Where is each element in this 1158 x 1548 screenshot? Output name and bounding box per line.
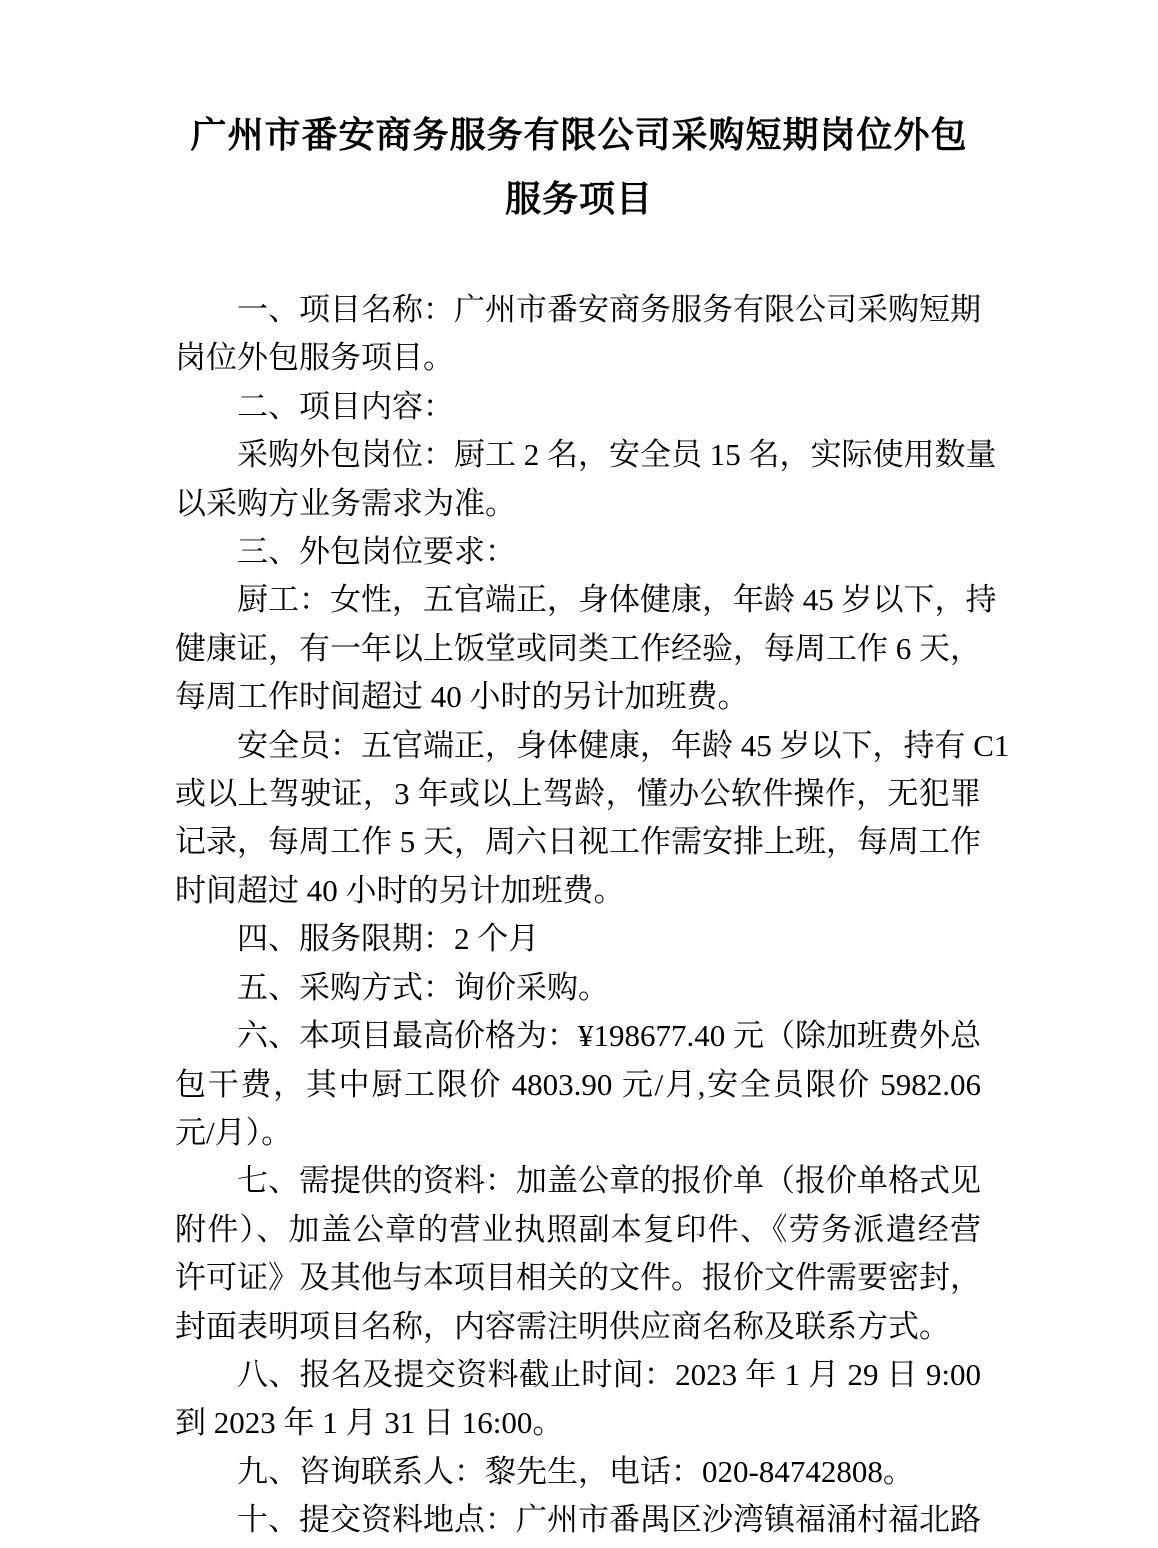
text-line: 岗位外包服务项目。 bbox=[175, 334, 981, 382]
text-line: 元/月）。 bbox=[175, 1109, 981, 1157]
text-line: 二、项目内容： bbox=[175, 383, 981, 431]
text-line: 以采购方业务需求为准。 bbox=[175, 480, 981, 528]
paragraph: 九、咨询联系人：黎先生，电话：020-84742808。 bbox=[175, 1448, 981, 1496]
paragraph: 十、提交资料地点：广州市番禺区沙湾镇福涌村福北路 bbox=[175, 1496, 981, 1544]
paragraph: 八、报名及提交资料截止时间：2023 年 1 月 29 日 9:00到 2023… bbox=[175, 1351, 981, 1448]
text-line: 九、咨询联系人：黎先生，电话：020-84742808。 bbox=[175, 1448, 981, 1496]
text-line: 八、报名及提交资料截止时间：2023 年 1 月 29 日 9:00 bbox=[175, 1351, 981, 1399]
document-title: 广州市番安商务服务有限公司采购短期岗位外包 服务项目 bbox=[0, 0, 1158, 231]
document-page: 广州市番安商务服务有限公司采购短期岗位外包 服务项目 一、项目名称：广州市番安商… bbox=[0, 0, 1158, 1548]
paragraph: 一、项目名称：广州市番安商务服务有限公司采购短期岗位外包服务项目。 bbox=[175, 286, 981, 383]
paragraph: 厨工：女性，五官端正，身体健康，年龄 45 岁以下，持健康证，有一年以上饭堂或同… bbox=[175, 576, 981, 721]
text-line: 五、采购方式：询价采购。 bbox=[175, 964, 981, 1012]
text-line: 七、需提供的资料：加盖公章的报价单（报价单格式见 bbox=[175, 1157, 981, 1205]
paragraph: 采购外包岗位：厨工 2 名，安全员 15 名，实际使用数量以采购方业务需求为准。 bbox=[175, 431, 981, 528]
paragraph: 六、本项目最高价格为：¥198677.40 元（除加班费外总包干费，其中厨工限价… bbox=[175, 1012, 981, 1157]
text-line: 四、服务限期：2 个月 bbox=[175, 915, 981, 963]
text-line: 厨工：女性，五官端正，身体健康，年龄 45 岁以下，持 bbox=[175, 576, 981, 624]
text-line: 安全员：五官端正，身体健康，年龄 45 岁以下，持有 C1 bbox=[175, 722, 981, 770]
text-line: 封面表明项目名称，内容需注明供应商名称及联系方式。 bbox=[175, 1303, 981, 1351]
paragraph: 七、需提供的资料：加盖公章的报价单（报价单格式见附件）、加盖公章的营业执照副本复… bbox=[175, 1157, 981, 1351]
paragraph: 三、外包岗位要求： bbox=[175, 528, 981, 576]
text-line: 三、外包岗位要求： bbox=[175, 528, 981, 576]
text-line: 每周工作时间超过 40 小时的另计加班费。 bbox=[175, 673, 981, 721]
text-line: 或以上驾驶证，3 年或以上驾龄，懂办公软件操作，无犯罪 bbox=[175, 770, 981, 818]
text-line: 健康证，有一年以上饭堂或同类工作经验，每周工作 6 天， bbox=[175, 625, 981, 673]
text-line: 包干费，其中厨工限价 4803.90 元/月,安全员限价 5982.06 bbox=[175, 1061, 981, 1109]
paragraph: 二、项目内容： bbox=[175, 383, 981, 431]
text-line: 采购外包岗位：厨工 2 名，安全员 15 名，实际使用数量 bbox=[175, 431, 981, 479]
text-line: 六、本项目最高价格为：¥198677.40 元（除加班费外总 bbox=[175, 1012, 981, 1060]
title-line-2: 服务项目 bbox=[0, 167, 1158, 231]
text-line: 记录，每周工作 5 天，周六日视工作需安排上班，每周工作 bbox=[175, 818, 981, 866]
title-line-1: 广州市番安商务服务有限公司采购短期岗位外包 bbox=[0, 103, 1158, 167]
text-line: 一、项目名称：广州市番安商务服务有限公司采购短期 bbox=[175, 286, 981, 334]
text-line: 十、提交资料地点：广州市番禺区沙湾镇福涌村福北路 bbox=[175, 1496, 981, 1544]
document-body: 一、项目名称：广州市番安商务服务有限公司采购短期岗位外包服务项目。二、项目内容：… bbox=[175, 286, 981, 1545]
text-line: 时间超过 40 小时的另计加班费。 bbox=[175, 867, 981, 915]
text-line: 到 2023 年 1 月 31 日 16:00。 bbox=[175, 1399, 981, 1447]
paragraph: 四、服务限期：2 个月 bbox=[175, 915, 981, 963]
paragraph: 五、采购方式：询价采购。 bbox=[175, 964, 981, 1012]
paragraph: 安全员：五官端正，身体健康，年龄 45 岁以下，持有 C1或以上驾驶证，3 年或… bbox=[175, 722, 981, 916]
text-line: 许可证》及其他与本项目相关的文件。报价文件需要密封， bbox=[175, 1254, 981, 1302]
text-line: 附件）、加盖公章的营业执照副本复印件、《劳务派遣经营 bbox=[175, 1206, 981, 1254]
